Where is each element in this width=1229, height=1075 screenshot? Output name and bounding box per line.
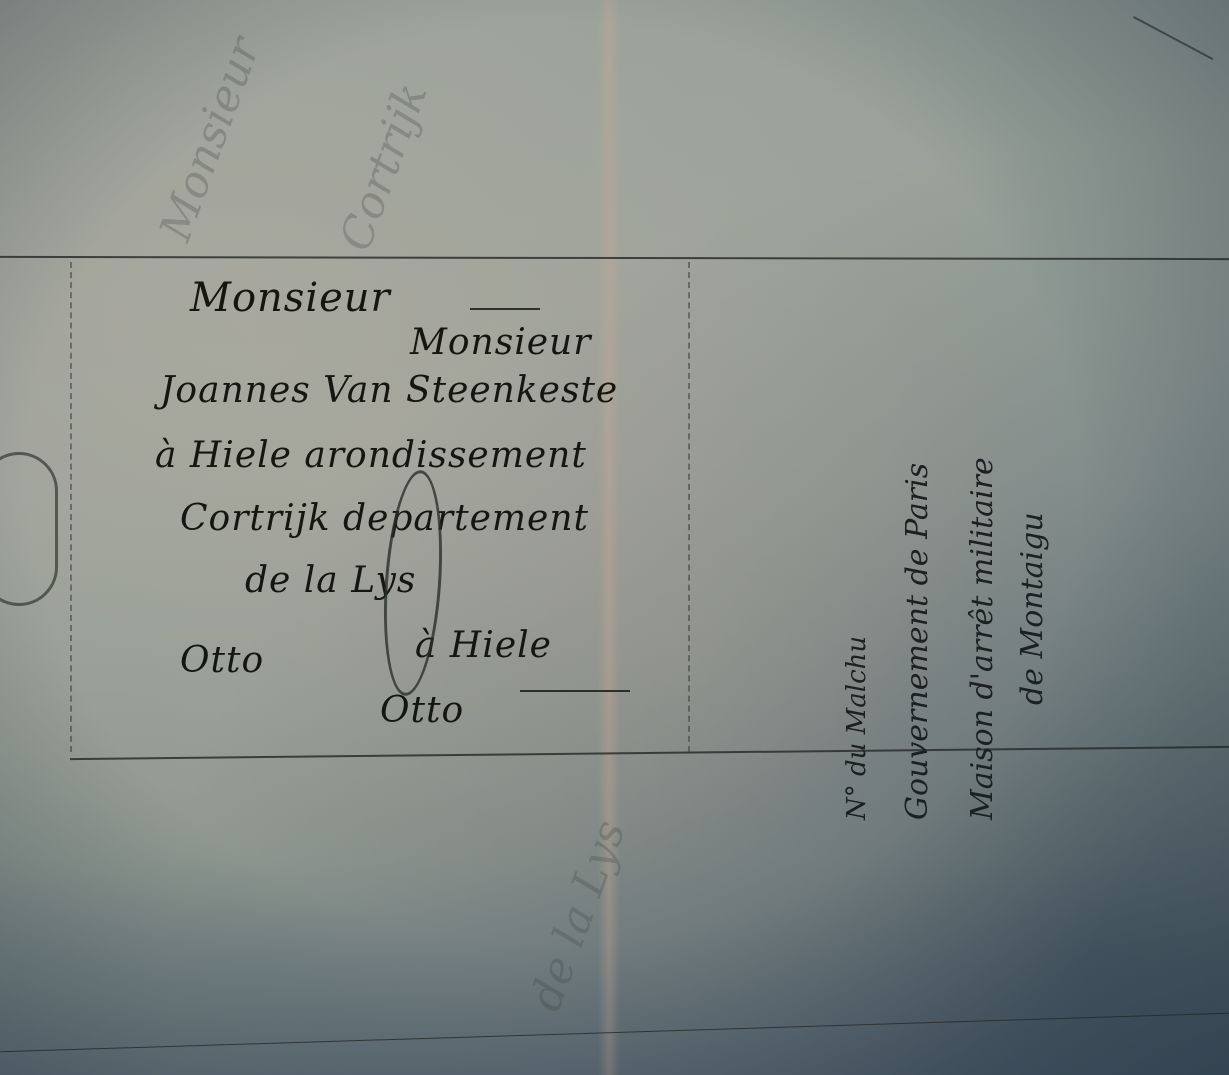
photo-vignette	[0, 0, 1229, 1075]
